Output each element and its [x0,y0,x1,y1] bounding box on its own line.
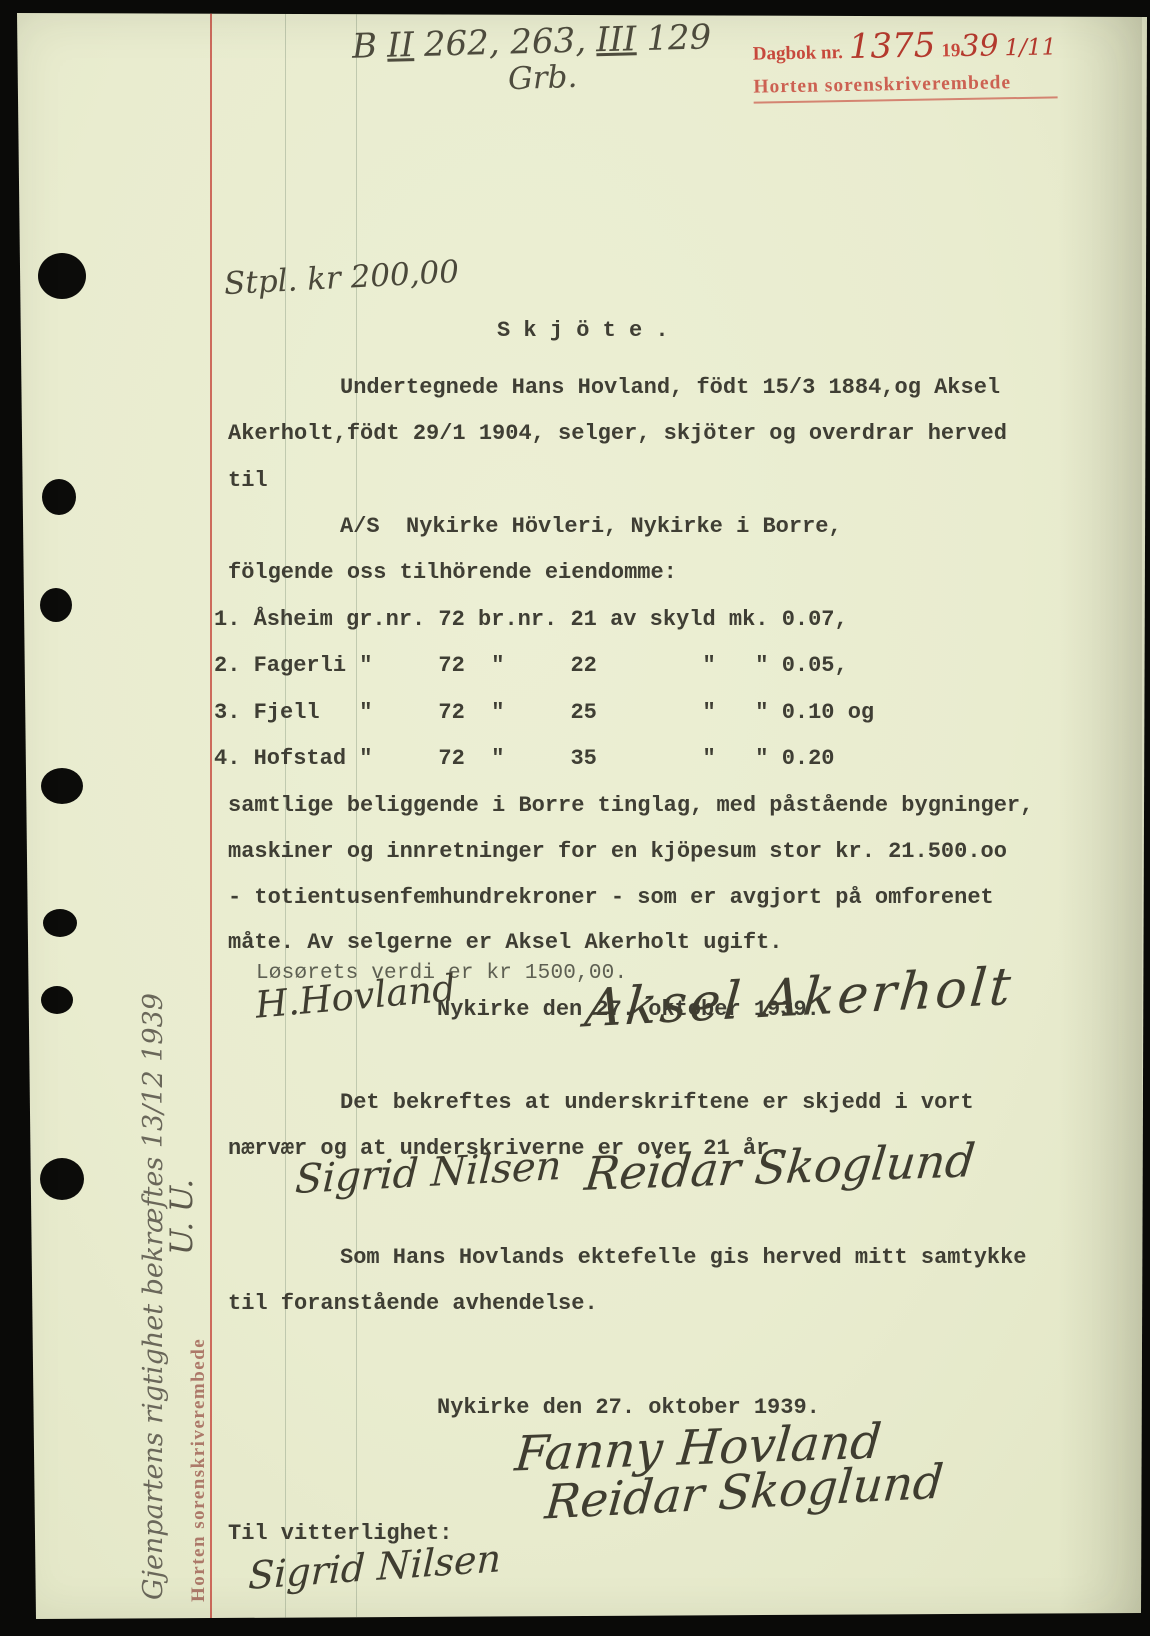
red-margin-line [210,13,212,1618]
punch-hole [41,986,73,1014]
office-stamp: Horten sorenskriverembede [753,71,1057,103]
archive-ref-part: 129 [646,17,712,59]
punch-hole [43,909,77,937]
stamp-duty-note: Stpl. kr 200,00 [223,254,460,302]
deed-line: - totientusenfemhundrekroner - som er av… [228,883,994,913]
grunnbok-abbr: Grb. [507,59,577,97]
deed-line: maskiner og innretninger for en kjöpesum… [228,837,1007,867]
page-edge-shadow [1058,13,1142,1618]
signature-aksel-akerholt: Aksel Akerholt [583,957,1016,1040]
punch-hole [40,1158,84,1200]
deed-line: fölgende oss tilhörende eiendomme: [228,558,677,588]
deed-line: til [228,466,268,496]
scanned-page: B II 262, 263, III 129 Grb. Dagbok nr. 1… [0,0,1150,1636]
deed-line: samtlige beliggende i Borre tinglag, med… [228,791,1033,821]
punch-hole [42,479,76,515]
dagbok-number-handwritten: 1375 [848,25,935,67]
buyer-line: A/S Nykirke Hövleri, Nykirke i Borre, [340,512,842,542]
archive-ref-part: B [352,26,378,67]
deed-line: Det bekreftes at underskriftene er skjed… [340,1088,974,1118]
dagbok-stamp: Dagbok nr. 1375 19 39 1/11 Horten sorens… [752,23,1057,103]
dagbok-label: Dagbok nr. [753,42,843,66]
deed-line: måte. Av selgerne er Aksel Akerholt ugif… [228,928,783,958]
deed-line: til foranstående avhendelse. [228,1289,598,1319]
archive-ref-part: III [596,19,637,60]
margin-initials: U. U. [164,1179,200,1255]
deed-line: Som Hans Hovlands ektefelle gis herved m… [340,1243,1027,1273]
dagbok-year-handwritten: 39 [960,28,999,64]
property-row: 4. Hofstad " 72 " 35 " " 0.20 [214,744,835,774]
punch-hole [40,588,72,622]
dagbok-date-fraction: 1/11 [1004,34,1056,61]
property-row: 3. Fjell " 72 " 25 " " 0.10 og [214,698,874,728]
paper-sheet: B II 262, 263, III 129 Grb. Dagbok nr. 1… [0,0,1150,1636]
deed-line: Akerholt,födt 29/1 1904, selger, skjöter… [228,419,1007,449]
margin-office-stamp: Horten sorenskriverembede [188,1338,210,1602]
property-row: 1. Åsheim gr.nr. 72 br.nr. 21 av skyld m… [214,605,848,635]
property-row: 2. Fagerli " 72 " 22 " " 0.05, [214,651,848,681]
deed-line: Undertegnede Hans Hovland, födt 15/3 188… [340,373,1000,403]
archive-ref-part: II [387,25,415,66]
dagbok-year-print: 19 [941,40,960,62]
punch-hole [41,768,83,804]
punch-hole [38,253,86,299]
margin-confirmation-note: Gjenpartens rigtighet bekræftes 13/12 19… [138,993,169,1600]
archive-ref-part: 262, 263, [423,21,586,65]
deed-title: S k j ö t e . [497,316,669,346]
archive-reference: B II 262, 263, III 129 [352,17,712,66]
